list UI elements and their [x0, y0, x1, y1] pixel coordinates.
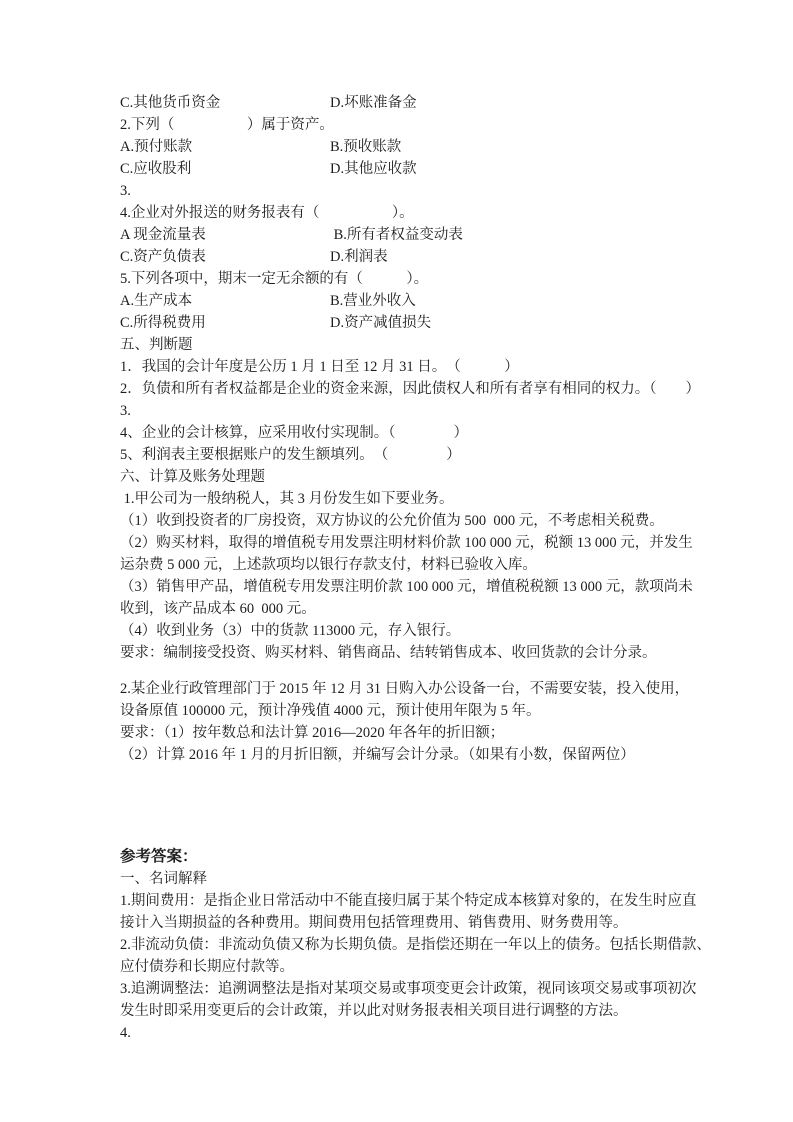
text-line: （2）计算 2016 年 1 月的月折旧额，并编写会计分录。（如果有小数，保留两…: [120, 744, 680, 766]
options-row: A.生产成本B.营业外收入: [120, 290, 680, 312]
options-row: A.预付账款B.预收账款: [120, 136, 680, 158]
text-line: 2.下列（ ）属于资产。: [120, 114, 680, 136]
text-line: 1.期间费用：是指企业日常活动中不能直接归属于某个特定成本核算对象的，在发生时应…: [120, 890, 680, 912]
text-line: 应付债券和长期应付款等。: [120, 956, 680, 978]
text-line: 收到，该产品成本 60 000 元。: [120, 598, 680, 620]
text-line: 2．负债和所有者权益都是企业的资金来源，因此债权人和所有者享有相同的权力。（ ）: [120, 378, 680, 400]
option-right: D.其他应收款: [330, 158, 417, 180]
document-content: C.其他货币资金D.坏账准备金2.下列（ ）属于资产。A.预付账款B.预收账款C…: [120, 92, 680, 1044]
text-line: 要求：编制接受投资、购买材料、销售商品、结转销售成本、收回货款的会计分录。: [120, 642, 680, 664]
option-right: B.预收账款: [330, 136, 401, 158]
option-left: C.资产负债表: [120, 246, 330, 268]
answers-heading: 参考答案：: [120, 846, 680, 868]
text-line: （3）销售甲产品，增值税专用发票注明价款 100 000 元，增值税税额 13 …: [120, 576, 680, 598]
options-row: A 现金流量表 B.所有者权益变动表: [120, 224, 680, 246]
options-row: C.其他货币资金D.坏账准备金: [120, 92, 680, 114]
text-line: 接计入当期损益的各种费用。期间费用包括管理费用、销售费用、财务费用等。: [120, 912, 680, 934]
text-line: 设备原值 100000 元，预计净残值 4000 元，预计使用年限为 5 年。: [120, 700, 680, 722]
options-row: C.应收股利D.其他应收款: [120, 158, 680, 180]
option-left: C.所得税费用: [120, 312, 330, 334]
option-left: A.生产成本: [120, 290, 330, 312]
options-row: C.资产负债表D.利润表: [120, 246, 680, 268]
text-line: 4.: [120, 1022, 680, 1044]
text-line: 3.: [120, 180, 680, 202]
paragraph-gap: [120, 766, 680, 846]
text-line: （1）收到投资者的厂房投资，双方协议的公允价值为 500 000 元，不考虑相关…: [120, 510, 680, 532]
text-line: 3.追溯调整法：追溯调整法是指对某项交易或事项变更会计政策，视同该项交易或事项初…: [120, 978, 680, 1000]
option-left: A.预付账款: [120, 136, 330, 158]
text-line: 六、计算及账务处理题: [120, 466, 680, 488]
text-line: 发生时即采用变更后的会计政策，并以此对财务报表相关项目进行调整的方法。: [120, 1000, 680, 1022]
options-row: C.所得税费用D.资产减值损失: [120, 312, 680, 334]
option-right: D.资产减值损失: [330, 312, 431, 334]
paragraph-gap: [120, 664, 680, 678]
option-right: B.营业外收入: [330, 290, 416, 312]
text-line: （2）购买材料，取得的增值税专用发票注明材料价款 100 000 元，税额 13…: [120, 532, 680, 554]
text-line: 五、判断题: [120, 334, 680, 356]
text-line: 3.: [120, 400, 680, 422]
option-left: C.其他货币资金: [120, 92, 330, 114]
option-right: D.坏账准备金: [330, 92, 417, 114]
option-right: B.所有者权益变动表: [330, 224, 463, 246]
text-line: 4、企业的会计核算，应采用收付实现制。（ ）: [120, 422, 680, 444]
text-line: 5.下列各项中，期末一定无余额的有（ ）。: [120, 268, 680, 290]
option-right: D.利润表: [330, 246, 388, 268]
text-line: 要求：（1）按年数总和法计算 2016—2020 年各年的折旧额；: [120, 722, 680, 744]
text-line: 2.某企业行政管理部门于 2015 年 12 月 31 日购入办公设备一台，不需…: [120, 678, 680, 700]
text-line: 一、名词解释: [120, 868, 680, 890]
text-line: 5、利润表主要根据账户的发生额填列。 （ ）: [120, 444, 680, 466]
document-page: C.其他货币资金D.坏账准备金2.下列（ ）属于资产。A.预付账款B.预收账款C…: [0, 0, 793, 1122]
text-line: 运杂费 5 000 元，上述款项均以银行存款支付，材料已验收入库。: [120, 554, 680, 576]
text-line: 1．我国的会计年度是公历 1 月 1 日至 12 月 31 日。 （ ）: [120, 356, 680, 378]
text-line: （4）收到业务（3）中的货款 113000 元，存入银行。: [120, 620, 680, 642]
text-line: 4.企业对外报送的财务报表有（ ）。: [120, 202, 680, 224]
text-line: 1.甲公司为一般纳税人，其 3 月份发生如下要业务。: [120, 488, 680, 510]
option-left: A 现金流量表: [120, 224, 330, 246]
text-line: 2.非流动负债：非流动负债又称为长期负债。是指偿还期在一年以上的债务。包括长期借…: [120, 934, 680, 956]
option-left: C.应收股利: [120, 158, 330, 180]
